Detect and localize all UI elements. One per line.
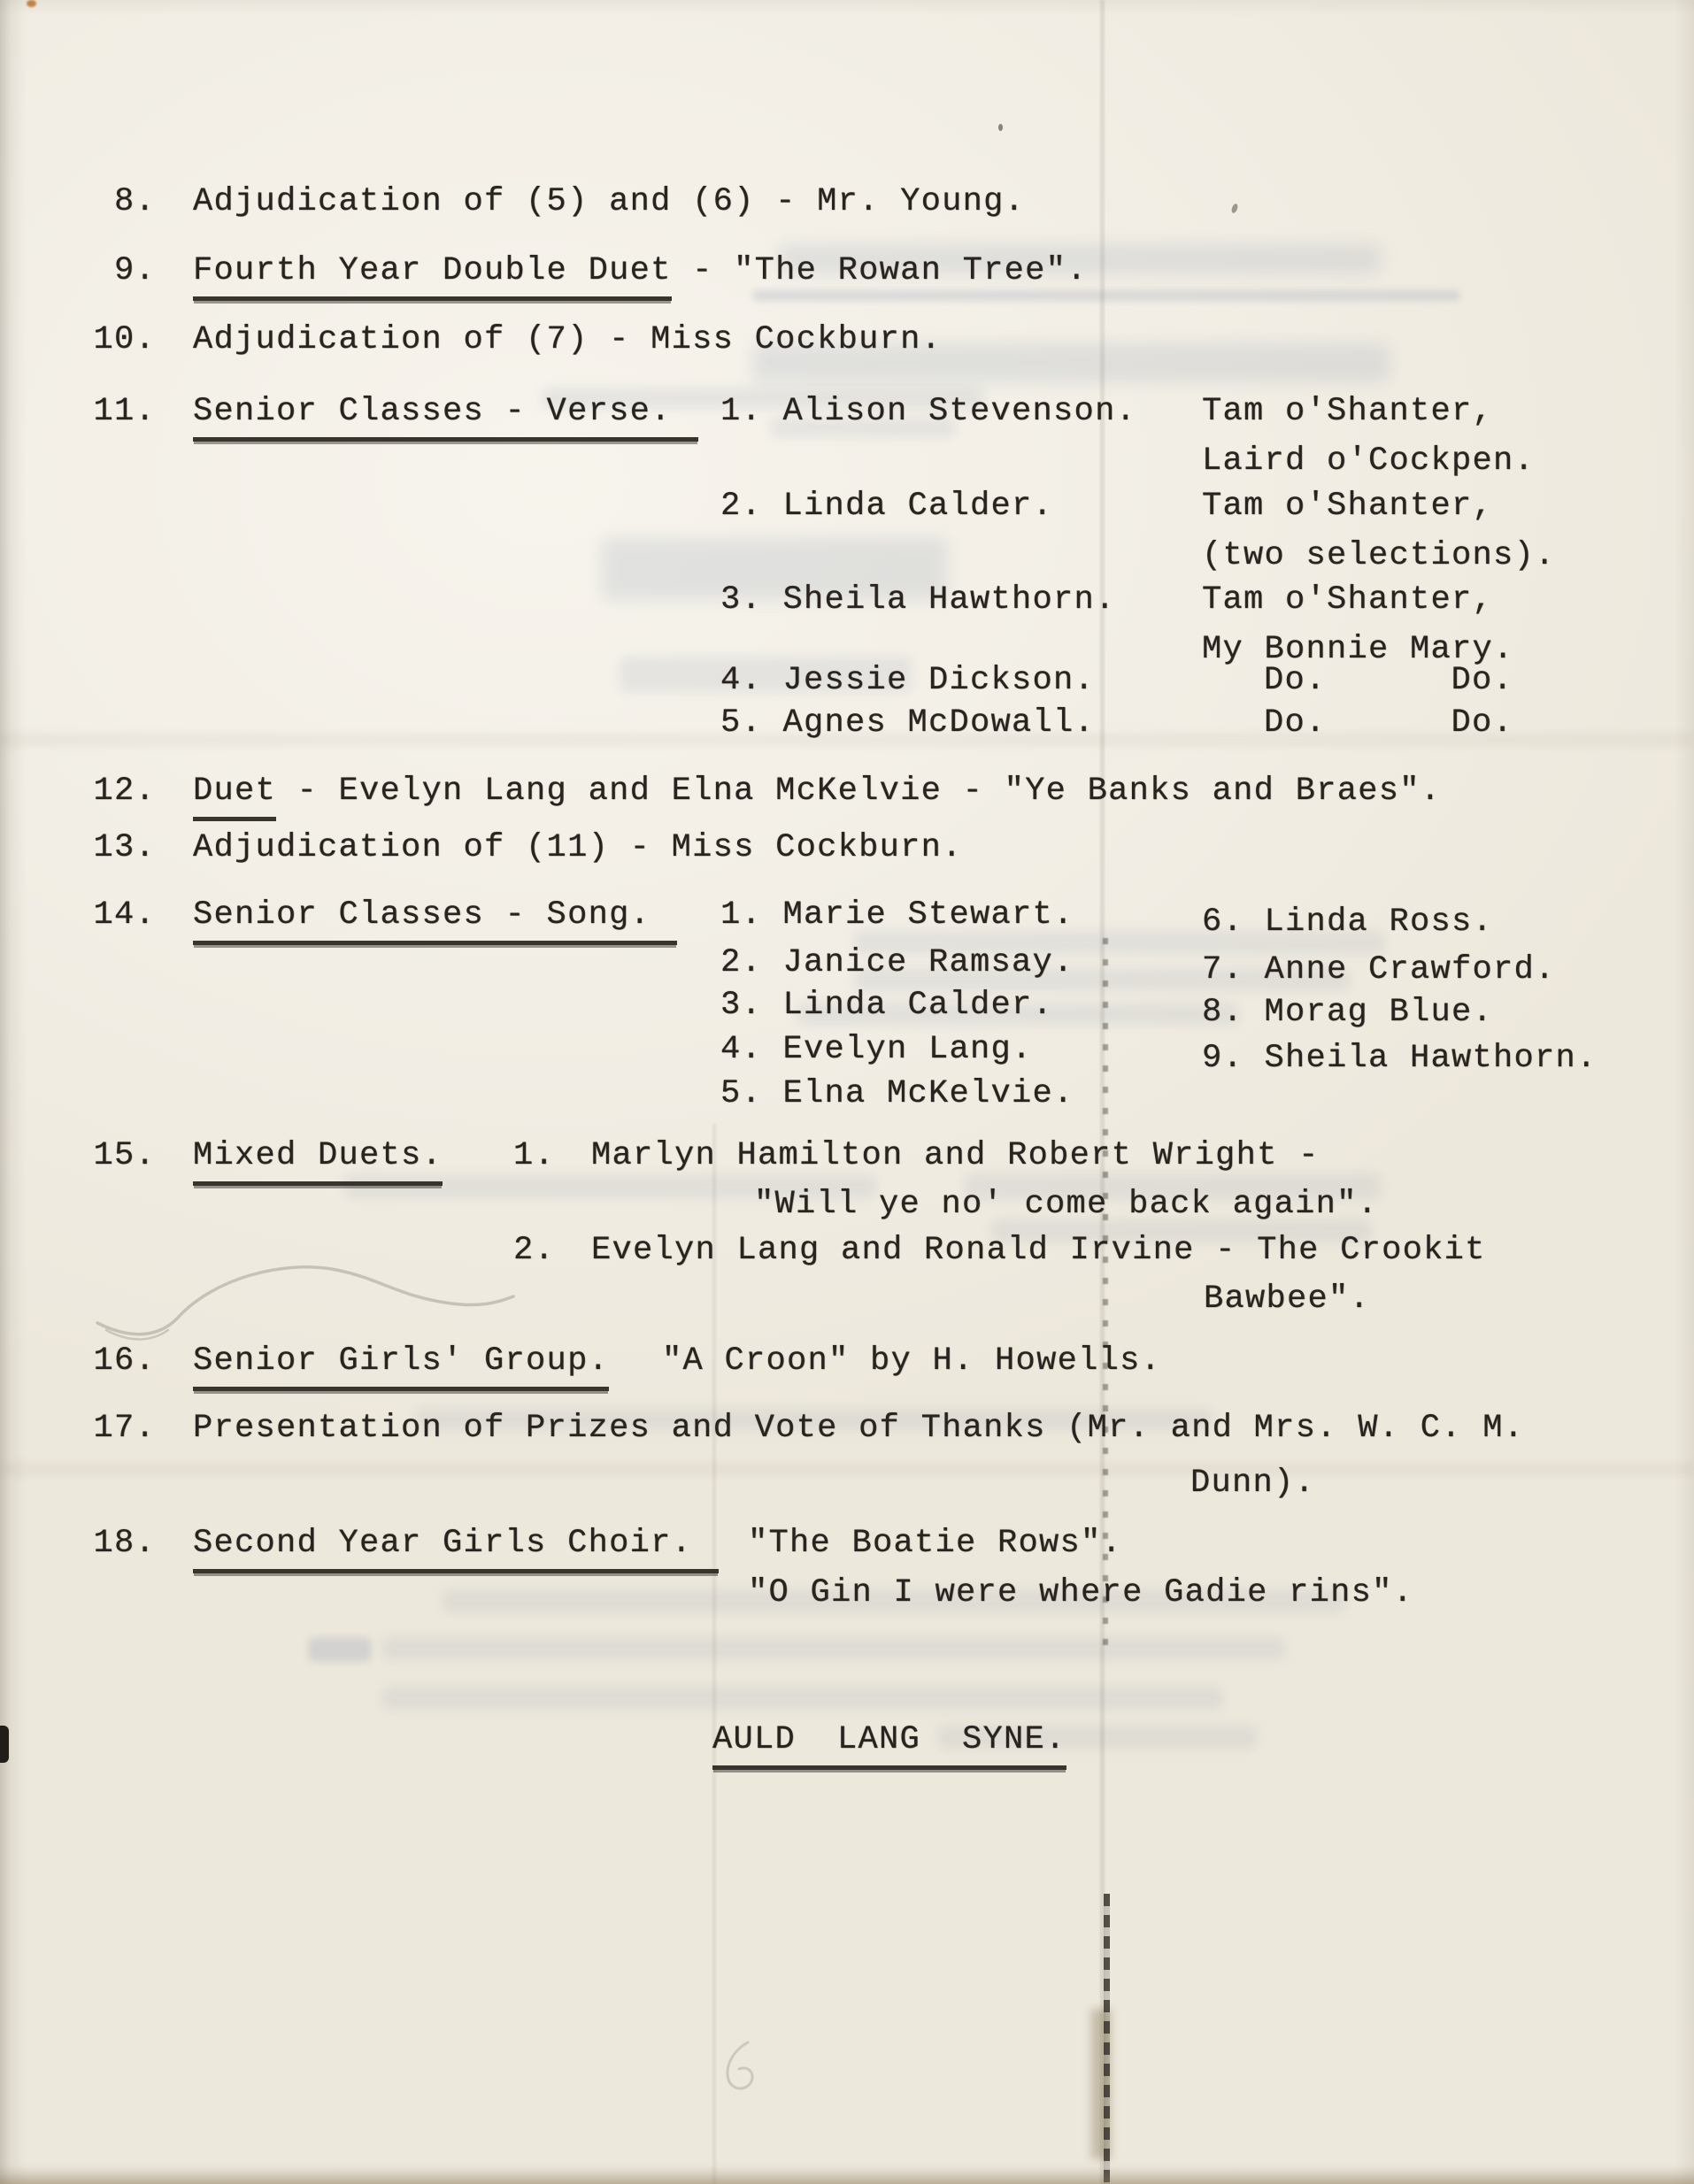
bleed-through-smudge (382, 1637, 1285, 1660)
item-title: Second Year Girls Choir. (193, 1524, 719, 1573)
performer: 4. Jessie Dickson. (720, 661, 1095, 700)
duet-piece: Bawbee". (1204, 1280, 1370, 1319)
item-number: 14. (27, 896, 156, 934)
pencil-mark (712, 2035, 766, 2097)
performer: 8. Morag Blue. (1202, 993, 1493, 1032)
piece: Laird o'Cockpen. (1202, 442, 1535, 481)
horizontal-fold-shadow (0, 1462, 1694, 1476)
finale-title: AULD LANG SYNE. (712, 1720, 1066, 1770)
item-text-continued: Dunn). (1190, 1464, 1315, 1503)
item-number: 10. (27, 320, 156, 359)
item-title: Senior Classes - Song. (193, 896, 677, 945)
item-text: Adjudication of (11) - Miss Cockburn. (193, 828, 963, 867)
duet-number: 2. (513, 1231, 555, 1270)
performer: 6. Linda Ross. (1202, 903, 1493, 942)
item-number: 13. (27, 828, 156, 867)
duet-performers: Evelyn Lang and Ronald Irvine - The Croo… (591, 1231, 1486, 1270)
item-title: Duet (193, 772, 276, 821)
duet-performers: Marlyn Hamilton and Robert Wright - (591, 1136, 1320, 1175)
item-number: 16. (27, 1342, 156, 1380)
vertical-crease-speckles (1104, 1894, 1110, 2184)
performer: 2. Linda Calder. (720, 487, 1053, 526)
performer: 9. Sheila Hawthorn. (1202, 1039, 1598, 1078)
item-number: 9. (27, 251, 156, 290)
performer: 1. Marie Stewart. (720, 896, 1074, 934)
ink-speck (1230, 203, 1238, 213)
item-number: 15. (27, 1136, 156, 1175)
item-text: Adjudication of (7) - Miss Cockburn. (193, 320, 942, 359)
paper-speck (27, 0, 36, 7)
choir-piece: "O Gin I were where Gadie rins". (748, 1573, 1413, 1612)
piece: Do. Do. (1264, 704, 1513, 742)
item-number: 12. (27, 772, 156, 811)
left-edge-ink-mark (0, 1726, 9, 1763)
bottom-page-edge-shadow (0, 2166, 1694, 2184)
piece: Do. Do. (1264, 661, 1513, 700)
item-title: Fourth Year Double Duet (193, 251, 672, 301)
performer: 7. Anne Crawford. (1202, 950, 1556, 989)
item-title: Senior Classes - Verse. (193, 392, 698, 442)
item-text: "A Croon" by H. Howells. (662, 1342, 1161, 1380)
item-text: Presentation of Prizes and Vote of Thank… (193, 1409, 1524, 1448)
performer: 3. Linda Calder. (720, 986, 1053, 1025)
programme-page: 8. Adjudication of (5) and (6) - Mr. You… (0, 0, 1694, 2184)
duet-piece: "Will ye no' come back again". (754, 1185, 1378, 1224)
item-title: Senior Girls' Group. (193, 1342, 609, 1391)
performer: 2. Janice Ramsay. (720, 943, 1074, 982)
item-number: 18. (27, 1524, 156, 1563)
performer: 4. Evelyn Lang. (720, 1030, 1033, 1069)
item-text: Adjudication of (5) and (6) - Mr. Young. (193, 182, 1025, 221)
performer: 3. Sheila Hawthorn. (720, 581, 1116, 619)
bleed-through-smudge (382, 1687, 1223, 1710)
item-title: Mixed Duets. (193, 1136, 443, 1186)
item-text: Fourth Year Double Duet - "The Rowan Tre… (193, 251, 1088, 301)
piece: (two selections). (1202, 536, 1556, 575)
item-number: 17. (27, 1409, 156, 1448)
item-number: 8. (27, 182, 156, 221)
choir-piece: "The Boatie Rows". (748, 1524, 1122, 1563)
performer: 5. Agnes McDowall. (720, 704, 1095, 742)
piece: Tam o'Shanter, (1202, 581, 1493, 619)
performer: 5. Elna McKelvie. (720, 1074, 1074, 1113)
piece: Tam o'Shanter, (1202, 392, 1493, 431)
bleed-through-smudge (308, 1637, 372, 1662)
ink-speck (998, 124, 1003, 131)
vertical-crease-faint (712, 1124, 716, 2184)
piece: Tam o'Shanter, (1202, 487, 1493, 526)
performer: 1. Alison Stevenson. (720, 392, 1136, 431)
duet-number: 1. (513, 1136, 555, 1175)
item-text: Duet - Evelyn Lang and Elna McKelvie - "… (193, 772, 1441, 821)
item-number: 11. (27, 392, 156, 431)
